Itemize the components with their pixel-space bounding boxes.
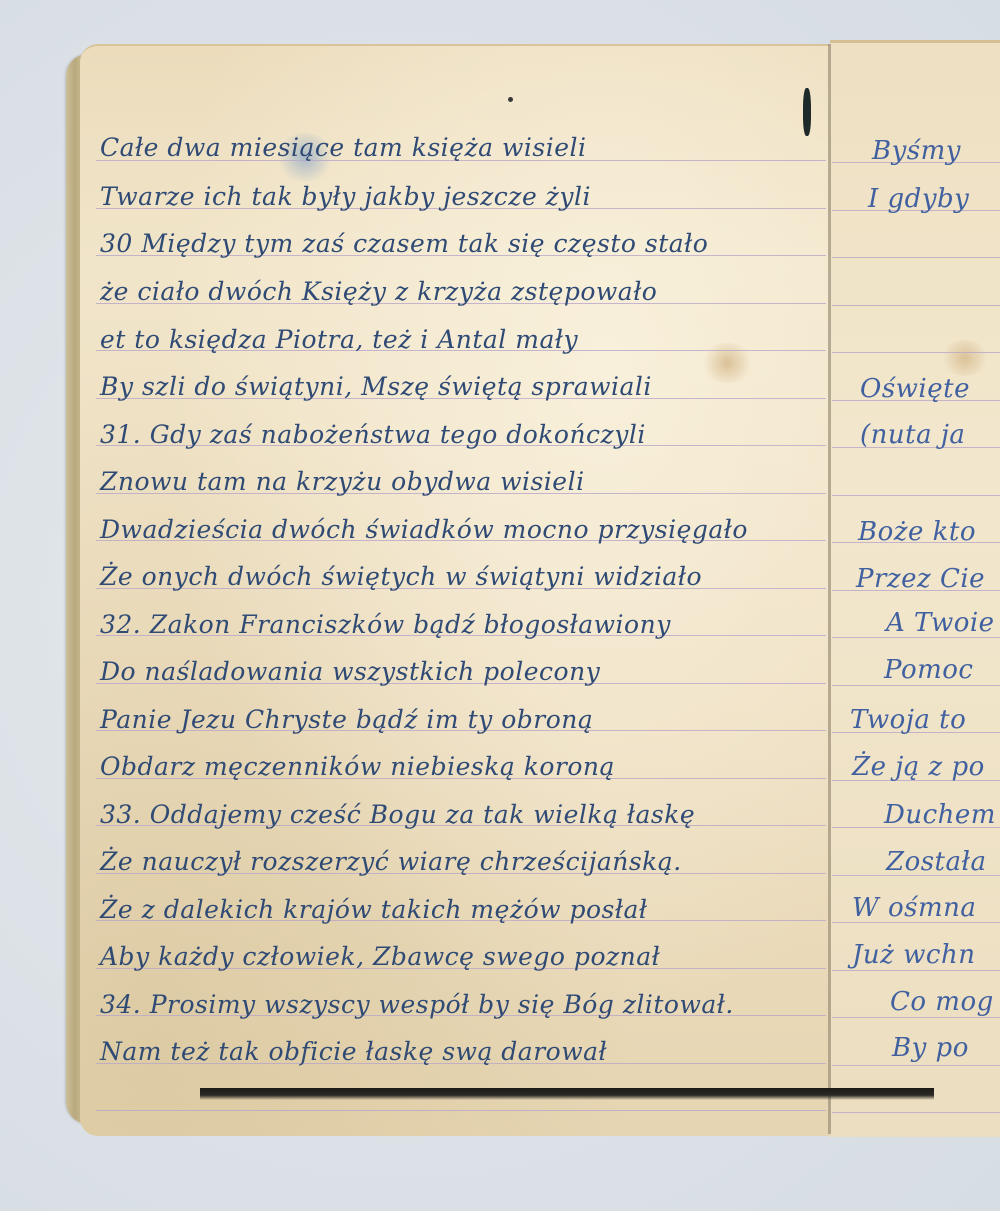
text-line: Że ją z po	[852, 752, 985, 782]
ruled-line	[832, 1112, 1000, 1113]
stain	[700, 343, 755, 383]
text-line: 30 Między tym zaś czasem tak się często …	[100, 229, 708, 258]
text-line: 32. Zakon Franciszków bądź błogosławiony	[100, 610, 671, 639]
text-line: Przez Cie	[856, 564, 985, 594]
ruled-line	[832, 1065, 1000, 1066]
text-line: 33. Oddajemy cześć Bogu za tak wielką ła…	[100, 800, 695, 829]
text-line: Już wchn	[852, 940, 975, 970]
ink-mark	[803, 88, 811, 136]
text-line: Nam też tak obficie łaskę swą darował	[100, 1037, 607, 1066]
text-line: Twarze ich tak były jakby jeszcze żyli	[100, 182, 591, 211]
text-line: By szli do świątyni, Mszę świętą sprawia…	[100, 372, 652, 401]
stain	[940, 340, 990, 376]
ruled-line	[832, 257, 1000, 258]
ruled-line	[832, 352, 1000, 353]
text-line: że ciało dwóch Księży z krzyża zstępował…	[100, 277, 657, 306]
text-line: W ośmna	[852, 893, 976, 923]
text-line: Pomoc	[884, 655, 973, 685]
text-line: Boże kto	[858, 517, 976, 547]
text-line: By po	[892, 1033, 969, 1063]
notebook-spine	[828, 44, 831, 1134]
text-line: Że nauczył rozszerzyć wiarę chrześcijańs…	[100, 847, 682, 876]
text-line: Byśmy	[872, 136, 961, 166]
ruled-line	[832, 305, 1000, 306]
text-line: Oświęte	[860, 374, 970, 404]
bottom-edge-shadow	[200, 1088, 934, 1100]
text-line: A Twoie	[886, 608, 995, 638]
ruled-line	[96, 1110, 826, 1111]
text-line: 34. Prosimy wszyscy wespół by się Bóg zl…	[100, 990, 734, 1019]
text-line: Panie Jezu Chryste bądź im ty obroną	[100, 705, 593, 734]
text-line: Twoja to	[850, 705, 966, 735]
text-line: et to księdza Piotra, też i Antal mały	[100, 325, 578, 354]
text-line: Dwadzieścia dwóch świadków mocno przysię…	[100, 515, 748, 544]
ruled-line	[832, 1017, 1000, 1018]
ruled-line	[832, 495, 1000, 496]
text-line: Że onych dwóch świętych w świątyni widzi…	[100, 562, 702, 591]
text-line: Duchem	[884, 800, 996, 830]
text-line: I gdyby	[868, 184, 969, 214]
text-line: (nuta ja	[860, 420, 965, 450]
ink-dot	[508, 97, 513, 102]
text-line: Obdarz męczenników niebieską koroną	[100, 752, 615, 781]
text-line: Została	[886, 847, 986, 877]
text-line: Do naśladowania wszystkich polecony	[100, 657, 600, 686]
text-line: 31. Gdy zaś nabożeństwa tego dokończyli	[100, 420, 646, 449]
text-line: Znowu tam na krzyżu obydwa wisieli	[100, 467, 585, 496]
text-line: Całe dwa miesiące tam księża wisieli	[100, 133, 587, 162]
text-line: Aby każdy człowiek, Zbawcę swego poznał	[100, 942, 660, 971]
text-line: Że z dalekich krajów takich mężów posłał	[100, 895, 648, 924]
text-line: Co mog	[890, 987, 994, 1017]
